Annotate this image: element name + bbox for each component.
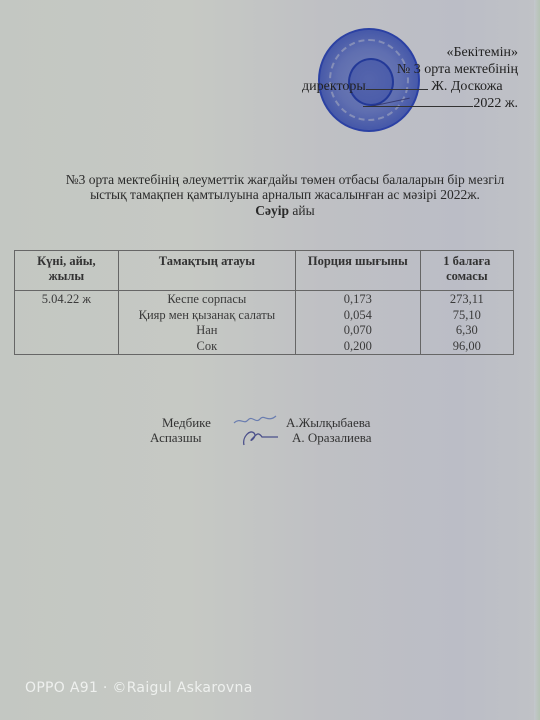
header-dish-name: Тамақтың атауы xyxy=(118,251,295,291)
sum-value: 273,11 xyxy=(425,292,509,308)
title-line-2: ыстық тамақпен қамтылуына арналып жасалы… xyxy=(50,187,520,202)
signatures-block: Медбике А.Жылқыбаева Аспазшы А. Оразалие… xyxy=(150,415,410,445)
signature-row-cook: Аспазшы А. Оразалиева xyxy=(150,430,410,445)
sum-value: 96,00 xyxy=(425,339,509,355)
table-row: 5.04.22 ж Кеспе сорпасы Қияр мен қызанақ… xyxy=(15,291,514,355)
date-blank xyxy=(363,96,473,107)
title-line-1: №3 орта мектебінің әлеуметтік жағдайы тө… xyxy=(50,172,520,187)
school-line: № 3 орта мектебінің xyxy=(298,61,518,78)
month-name: Сәуір xyxy=(255,203,289,218)
cell-sums: 273,11 75,10 6,30 96,00 xyxy=(420,291,513,355)
paper-edge xyxy=(534,0,540,720)
cell-date: 5.04.22 ж xyxy=(15,291,119,355)
dish-name: Сок xyxy=(123,339,291,355)
signature-blank xyxy=(366,79,428,90)
director-label: директоры xyxy=(302,79,366,94)
header-date: Күні, айы, жылы xyxy=(15,251,119,291)
dish-name: Қияр мен қызанақ салаты xyxy=(123,308,291,324)
sum-value: 75,10 xyxy=(425,308,509,324)
portion-value: 0,054 xyxy=(300,308,416,324)
cell-portions: 0,173 0,054 0,070 0,200 xyxy=(295,291,420,355)
portion-value: 0,173 xyxy=(300,292,416,308)
camera-watermark: OPPO A91 · ©Raigul Askarovna xyxy=(25,680,253,696)
menu-table: Күні, айы, жылы Тамақтың атауы Порция шы… xyxy=(14,250,514,355)
approved-label: «Бекітемін» xyxy=(298,44,518,61)
role-cook: Аспазшы xyxy=(150,430,201,445)
table-header-row: Күні, айы, жылы Тамақтың атауы Порция шы… xyxy=(15,251,514,291)
director-line: директоры Ж. Доскожа xyxy=(298,78,518,95)
portion-value: 0,200 xyxy=(300,339,416,355)
date-line: 2022 ж. xyxy=(298,95,518,112)
sum-value: 6,30 xyxy=(425,323,509,339)
date-suffix: 2022 ж. xyxy=(473,96,518,111)
dish-name: Кеспе сорпасы xyxy=(123,292,291,308)
header-sum-per-child: 1 балаға сомасы xyxy=(420,251,513,291)
approval-block: «Бекітемін» № 3 орта мектебінің директор… xyxy=(298,44,518,112)
header-portion: Порция шығыны xyxy=(295,251,420,291)
cell-dish-names: Кеспе сорпасы Қияр мен қызанақ салаты На… xyxy=(118,291,295,355)
name-nurse: А.Жылқыбаева xyxy=(286,415,370,430)
month-suffix: айы xyxy=(292,203,314,218)
portion-value: 0,070 xyxy=(300,323,416,339)
director-name: Ж. Доскожа xyxy=(431,79,502,94)
month-line: Сәуір айы xyxy=(50,203,520,218)
name-cook: А. Оразалиева xyxy=(292,430,372,445)
signature-row-nurse: Медбике А.Жылқыбаева xyxy=(150,415,410,430)
dish-name: Нан xyxy=(123,323,291,339)
role-nurse: Медбике xyxy=(162,415,211,430)
document-title: №3 орта мектебінің әлеуметтік жағдайы тө… xyxy=(50,172,520,218)
